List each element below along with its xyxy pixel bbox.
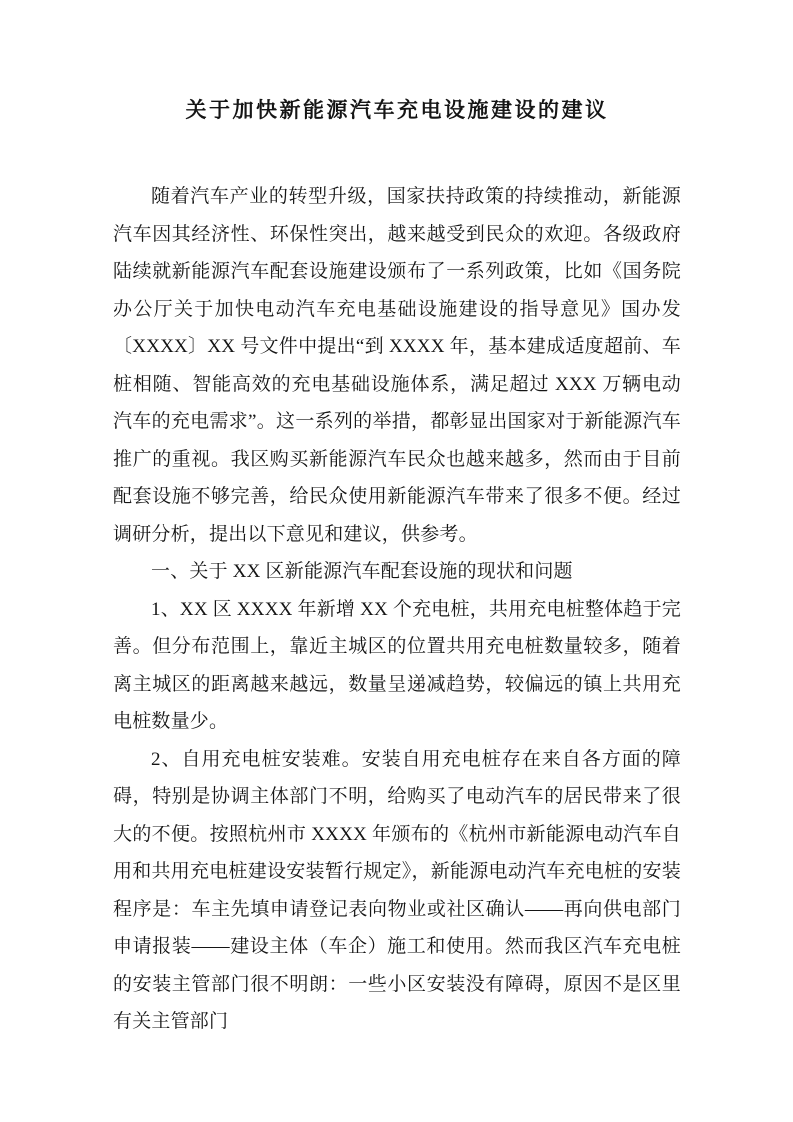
paragraph-item-2-private-pile-installation: 2、自用充电桩安装难。安装自用充电桩存在来自各方面的障碍，特别是协调主体部门不明…	[113, 741, 681, 1041]
paragraph-introduction: 随着汽车产业的转型升级，国家扶持政策的持续推动，新能源汽车因其经济性、环保性突出…	[113, 178, 681, 553]
section-heading-current-status: 一、关于 XX 区新能源汽车配套设施的现状和问题	[113, 553, 681, 591]
paragraph-item-1-charging-pile-distribution: 1、XX 区 XXXX 年新增 XX 个充电桩，共用充电桩整体趋于完善。但分布范…	[113, 591, 681, 741]
document-title: 关于加快新能源汽车充电设施建设的建议	[113, 92, 681, 128]
document-page: 关于加快新能源汽车充电设施建设的建议 随着汽车产业的转型升级，国家扶持政策的持续…	[0, 0, 793, 1122]
